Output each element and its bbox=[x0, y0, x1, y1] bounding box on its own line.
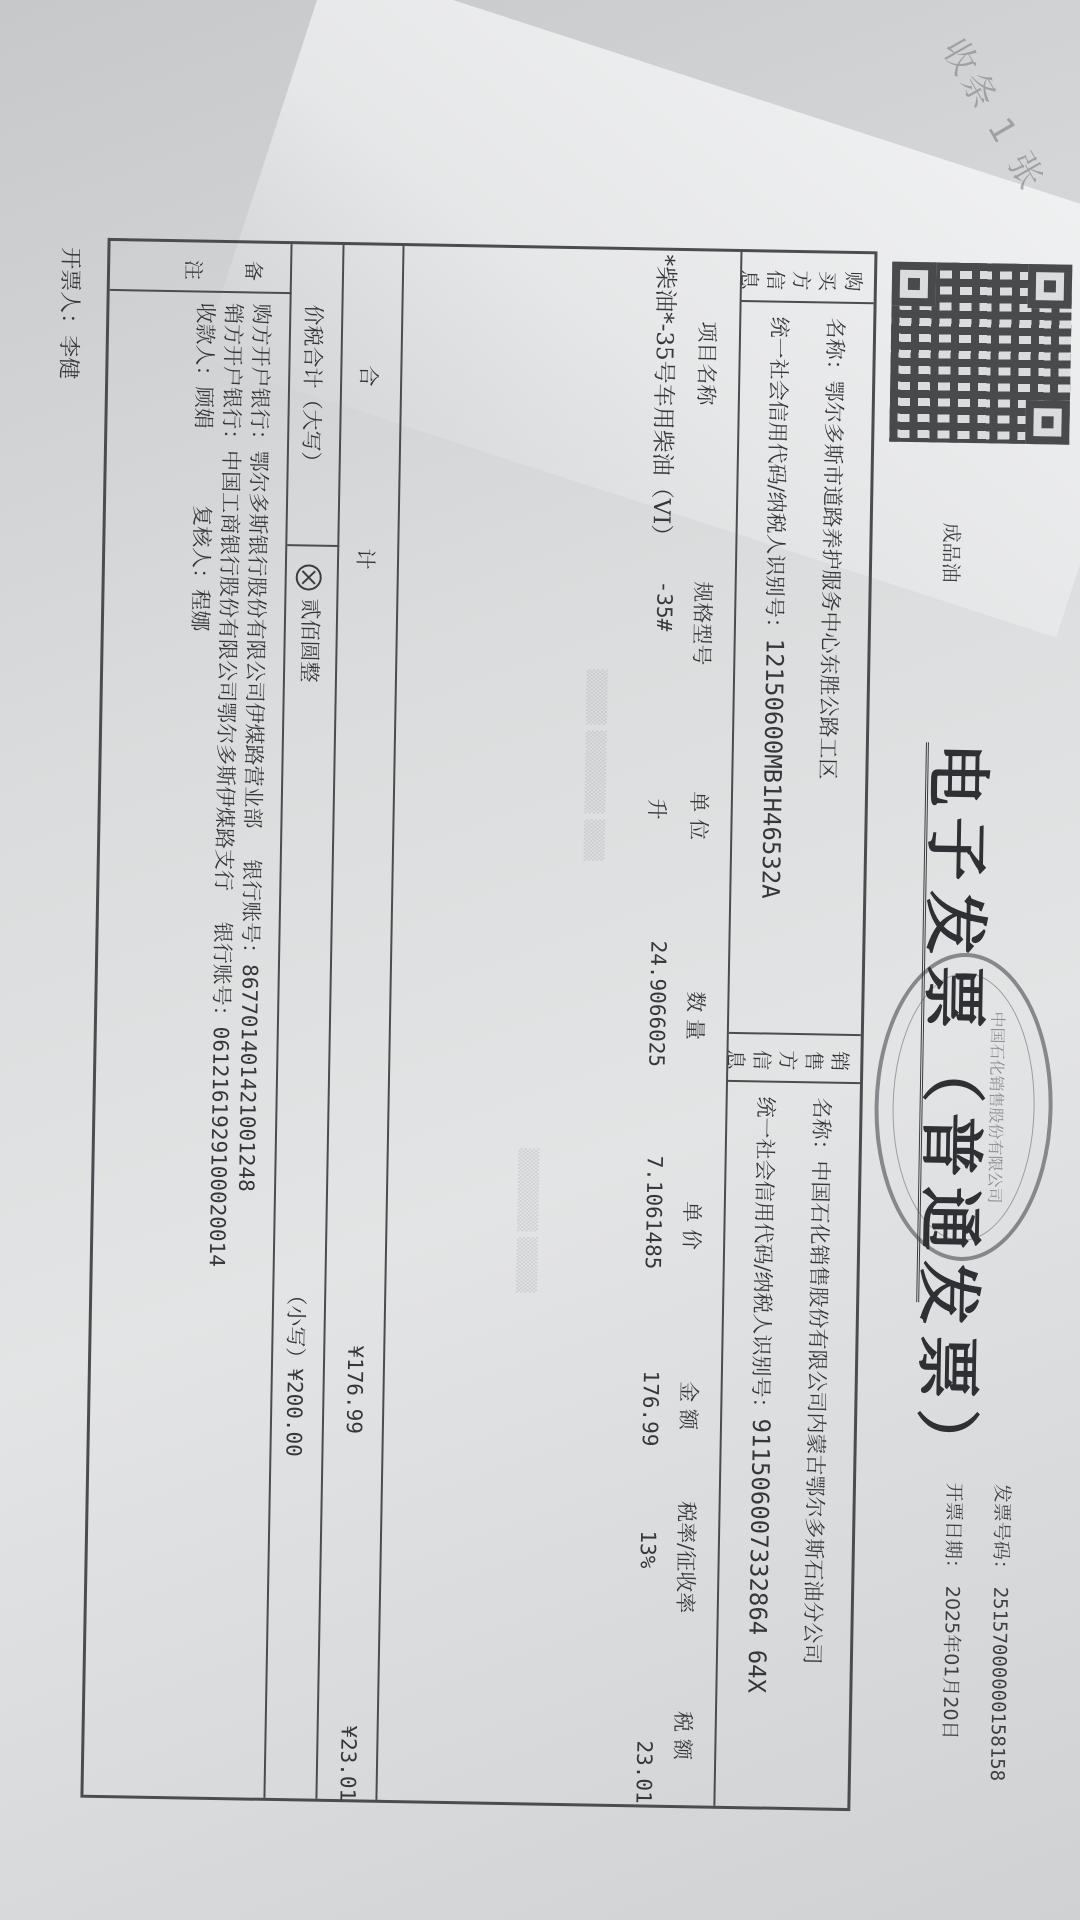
item-name: *柴油*-35号车用柴油（VI） bbox=[646, 254, 684, 547]
seller-account-label: 银行账号： bbox=[209, 921, 235, 1026]
invoice-number-row: 发票号码：25157000000158158 bbox=[973, 1483, 1026, 1781]
col-header-tax: 税 额 bbox=[668, 1711, 699, 1760]
col-header-spec: 规格型号 bbox=[687, 581, 718, 666]
issue-date-row: 开票日期：2025年01月20日 bbox=[925, 1482, 978, 1780]
col-header-unit-price: 单 价 bbox=[677, 1201, 708, 1250]
divider bbox=[315, 245, 344, 1799]
divider bbox=[713, 252, 742, 1806]
buyer-section-label: 购买方信息 bbox=[734, 264, 864, 295]
reviewer: 程娜 bbox=[188, 589, 213, 631]
buyer-account-label: 银行账号： bbox=[238, 859, 264, 964]
seller-name-label: 名称： bbox=[809, 1097, 834, 1160]
total-amount: ¥176.99 bbox=[342, 1345, 368, 1434]
total-tax: ¥23.01 bbox=[335, 1725, 360, 1801]
qr-code-icon bbox=[889, 262, 1072, 445]
grand-total-lower-row: （小写）¥200.00 bbox=[279, 1284, 312, 1457]
grand-total-upper: 贰佰圆整 bbox=[297, 598, 322, 682]
buyer-taxid: 12150600MB1H46532A bbox=[756, 638, 789, 899]
item-spec: -35# bbox=[652, 580, 677, 631]
col-header-tax-rate: 税率/征收率 bbox=[671, 1501, 703, 1614]
col-header-unit: 单 位 bbox=[684, 791, 715, 840]
invoice-meta: 发票号码：25157000000158158 开票日期：2025年01月20日 bbox=[925, 1482, 1026, 1781]
remarks-label: 备注 bbox=[144, 254, 264, 285]
payee: 顾娟 bbox=[191, 386, 216, 428]
item-tax: 23.01 bbox=[631, 1740, 656, 1804]
seller-taxid-row: 统一社会信用代码/纳税人识别号：911506007332864 64X bbox=[741, 1096, 781, 1693]
divider bbox=[729, 1032, 861, 1036]
seller-account: 0612161929100020014 bbox=[205, 1026, 233, 1267]
item-unit: 升 bbox=[643, 798, 673, 820]
payee-label: 收款人： bbox=[192, 302, 217, 386]
buyer-taxid-row: 统一社会信用代码/纳税人识别号：12150600MB1H46532A bbox=[755, 316, 795, 899]
grand-total-lower-label: （小写） bbox=[283, 1284, 308, 1368]
issuer-label: 开票人： bbox=[56, 247, 83, 335]
col-header-amount: 金 额 bbox=[674, 1381, 705, 1430]
item-tax-rate: 13% bbox=[635, 1530, 660, 1568]
qr-finder-pattern bbox=[892, 262, 937, 307]
invoice-category: 成品油 bbox=[938, 522, 968, 582]
issue-date-label: 开票日期： bbox=[941, 1483, 965, 1578]
col-header-item-name: 项目名称 bbox=[692, 321, 723, 406]
item-amount: 176.99 bbox=[638, 1370, 663, 1446]
issuer-row: 开票人：李健 bbox=[54, 247, 87, 380]
seller-bank-label: 销方开户银行： bbox=[219, 303, 246, 450]
invoice-table: 购买方信息 名称：鄂尔多斯市道路养护服务中心东胜公路工区 统一社会信用代码/纳税… bbox=[80, 238, 877, 1811]
buyer-account: 867701401421001248 bbox=[234, 964, 262, 1192]
issuer: 李健 bbox=[55, 335, 81, 379]
invoice-number-label: 发票号码： bbox=[989, 1483, 1013, 1578]
buyer-name-row: 名称：鄂尔多斯市道路养护服务中心东胜公路工区 bbox=[813, 317, 851, 779]
reviewer-label: 复核人： bbox=[189, 505, 214, 589]
divider bbox=[110, 289, 292, 294]
divider bbox=[287, 544, 339, 547]
seller-name-row: 名称：中国石化销售股份有限公司内蒙古鄂尔多斯石油分公司 bbox=[798, 1097, 838, 1664]
payee-row: 收款人：顾娟 复核人：程娜 bbox=[186, 302, 222, 631]
buyer-name: 鄂尔多斯市道路养护服务中心东胜公路工区 bbox=[815, 380, 846, 779]
seller-taxid-label: 统一社会信用代码/纳税人识别号： bbox=[748, 1096, 778, 1418]
invoice-number: 25157000000158158 bbox=[986, 1586, 1011, 1781]
grand-total-label: 价税合计（大写） bbox=[297, 304, 330, 472]
cross-circle-icon bbox=[296, 564, 322, 590]
divider bbox=[742, 300, 874, 304]
seller-section-label: 销售方信息 bbox=[720, 1044, 850, 1075]
seller-taxid: 911506007332864 64X bbox=[742, 1418, 775, 1693]
buyer-taxid-label: 统一社会信用代码/纳税人识别号： bbox=[762, 316, 792, 638]
grand-total-upper-row: 贰佰圆整 bbox=[294, 564, 327, 683]
item-unit-price: 7.1061485 bbox=[641, 1155, 667, 1269]
qr-finder-pattern bbox=[1028, 264, 1073, 309]
invoice-document: 成品油 中国石化销售股份有限公司 电子发票（普通发票） 发票号码：2515700… bbox=[70, 208, 1080, 1845]
divider bbox=[728, 1080, 860, 1084]
watermark-text: ▒▒▒▒ ▒▒▒▒▒▒ ▒▒▒ bbox=[583, 669, 607, 861]
seller-name: 中国石化销售股份有限公司内蒙古鄂尔多斯石油分公司 bbox=[800, 1160, 833, 1664]
watermark-text: ▒▒▒▒▒▒ ▒▒▒▒ bbox=[515, 1148, 539, 1293]
buyer-name-label: 名称： bbox=[822, 317, 847, 380]
item-quantity: 24.9066025 bbox=[644, 940, 670, 1067]
buyer-bank-label: 购方开户银行： bbox=[247, 303, 274, 450]
issue-date: 2025年01月20日 bbox=[939, 1586, 964, 1740]
col-header-quantity: 数 量 bbox=[681, 991, 712, 1040]
qr-finder-pattern bbox=[1025, 400, 1070, 445]
grand-total-lower: ¥200.00 bbox=[281, 1368, 307, 1457]
total-label: 合 计 bbox=[350, 365, 384, 609]
